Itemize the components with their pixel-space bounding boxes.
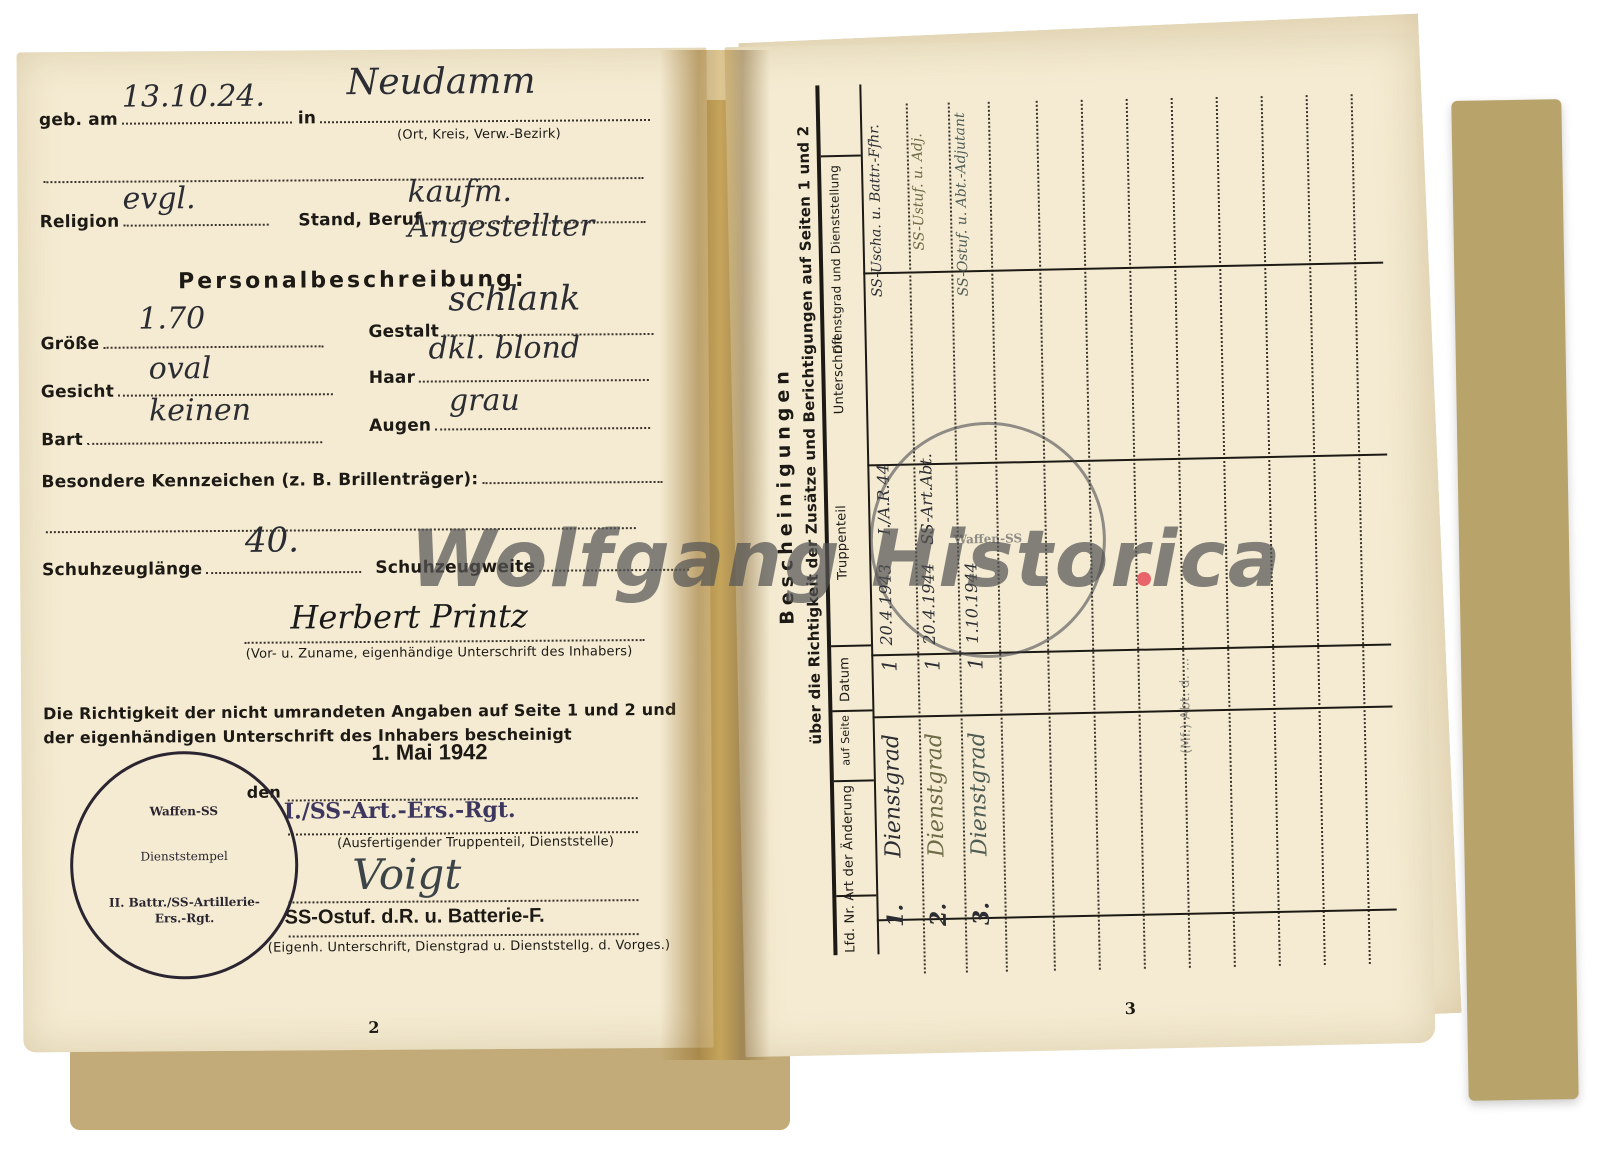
born-place-label: in (298, 108, 316, 128)
beard-value: keinen (149, 393, 251, 429)
issuing-unit-caption: (Ausfertigender Truppenteil, Dienststell… (337, 834, 614, 851)
stamp-bottom-text: II. Battr./SS-Artillerie-Ers.-Rgt. (107, 895, 263, 927)
face-value: oval (149, 351, 212, 386)
special-marks-field: Besondere Kennzeichen (z. B. Brillenträg… (41, 468, 662, 492)
page-number-2: 2 (368, 1018, 379, 1037)
religion-value: evgl. (122, 181, 195, 217)
column-auf-seite: auf Seite (839, 715, 853, 766)
column-datum: Datum (837, 657, 853, 702)
eyes-value: grau (449, 383, 520, 418)
born-place-value: Neudamm (347, 61, 536, 103)
column-dienstgrad: Dienstgrad und Dienststellung (827, 165, 845, 354)
officer-signature: Voigt (352, 849, 461, 899)
issuing-unit-value: I./SS-Art.-Ers.-Rgt. (284, 797, 516, 825)
watermark-text: Wolfgang Historica (410, 515, 1282, 605)
holder-signature-caption: (Vor- u. Zuname, eigenhändige Unterschri… (246, 644, 633, 662)
hair-value: dkl. blond (428, 330, 580, 366)
official-stamp: Waffen-SS Dienststempel II. Battr./SS-Ar… (69, 750, 299, 980)
shoe-length-value: 40. (245, 520, 299, 560)
officer-rank-caption: (Eigenh. Unterschrift, Dienstgrad u. Die… (268, 938, 671, 956)
religion-label: Religion (40, 212, 120, 233)
faint-stamp-text: (Mf.) Abt. d. ... (1177, 658, 1194, 754)
officer-rank-value: SS-Ostuf. d.R. u. Batterie-F. (284, 905, 544, 930)
date-stamp: 1. Mai 1942 (371, 739, 487, 766)
beard-field: Bart (41, 428, 322, 450)
booklet-cover-back (1451, 99, 1578, 1101)
born-label: geb. am (39, 110, 118, 131)
column-lfd-nr: Lfd. Nr. (842, 905, 858, 953)
born-place-hint: (Ort, Kreis, Verw.-Bezirk) (397, 127, 561, 143)
certification-line-2: der eigenhändigen Unterschrift des Inhab… (43, 725, 572, 748)
watermark-dot (1137, 572, 1151, 586)
build-value: schlank (448, 278, 580, 319)
page-number-3: 3 (1125, 999, 1137, 1018)
column-art-der-anderung: Art der Änderung (840, 785, 857, 901)
occupation-label: Stand, Beruf (298, 210, 421, 231)
born-date-value: 13.10.24. (122, 79, 265, 115)
certification-line-1: Die Richtigkeit der nicht umrandeten Ang… (43, 700, 677, 723)
stamp-top-text: Waffen-SS (106, 804, 261, 821)
height-value: 1.70 (138, 301, 205, 336)
stamp-center-text: Dienststempel (106, 849, 261, 866)
